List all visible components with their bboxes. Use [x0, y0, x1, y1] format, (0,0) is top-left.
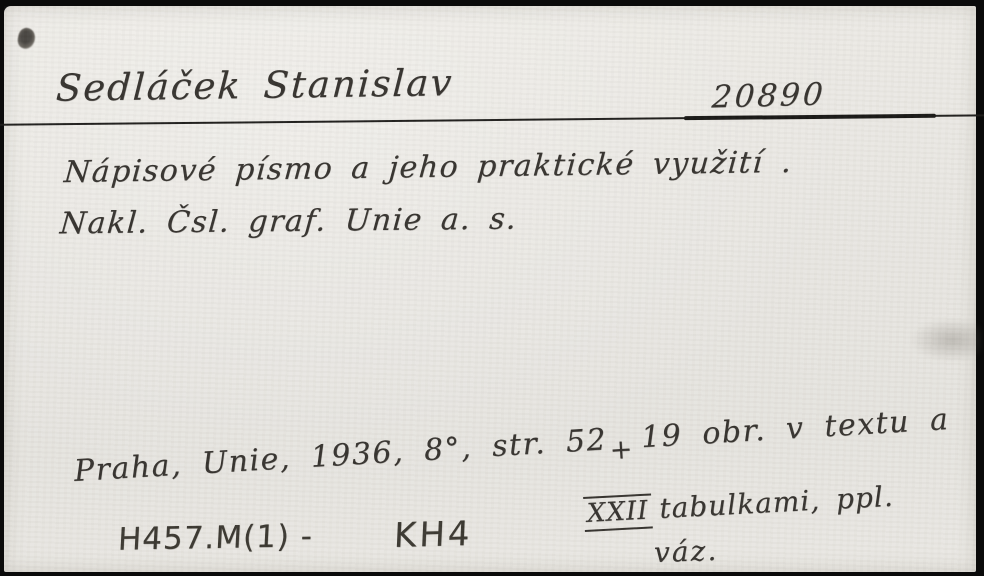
- imprint-line-2: XXIItabulkami, ppl.: [583, 480, 895, 532]
- imprint-prefix: Praha, Unie, 1936, 8°, str. 52: [73, 422, 608, 489]
- author-heading: Sedláček Stanislav: [55, 61, 455, 110]
- call-number-left: H457.M(1) -: [117, 518, 314, 557]
- scan-background: Sedláček Stanislav 20890 Nápisové písmo …: [0, 0, 984, 576]
- title-line-1: Nápisové písmo a jeho praktické využití …: [63, 145, 794, 190]
- accession-number: 20890: [711, 76, 827, 115]
- imprint-line-3: váz.: [653, 534, 718, 569]
- smudge-mark: [909, 318, 981, 362]
- call-number-right: KH4: [393, 514, 473, 556]
- imprint-suffix: 19 obr. v textu a: [640, 402, 950, 455]
- ruled-line: [0, 114, 984, 126]
- catalog-card: Sedláček Stanislav 20890 Nápisové písmo …: [4, 6, 976, 572]
- imprint-line-1: Praha, Unie, 1936, 8°, str. 52+19 obr. v…: [73, 402, 950, 489]
- plus-sign: +: [609, 434, 635, 466]
- imprint-line-2-rest: tabulkami, ppl.: [659, 480, 895, 525]
- publisher-line: Nakl. Čsl. graf. Unie a. s.: [59, 202, 519, 242]
- roman-numeral-tables: XXII: [583, 493, 652, 531]
- ink-blot-mark: [16, 26, 37, 50]
